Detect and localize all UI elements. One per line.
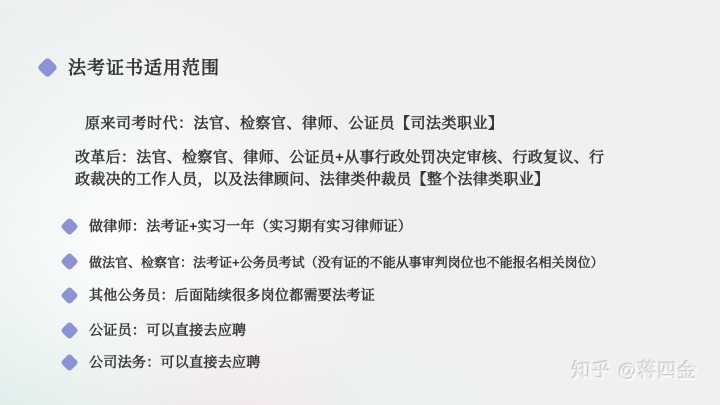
zhihu-watermark: 知乎 @蒋四金 xyxy=(572,356,698,383)
slide-title: 法考证书适用范围 xyxy=(68,54,220,80)
bullet-text: 做法官、检察官：法考证+公务员考试（没有证的不能从事审判岗位也不能报名相关岗位） xyxy=(89,252,604,271)
intro-reform-line1: 改革后：法官、检察官、律师、公证员+从事行政处罚决定审核、行政复议、行 xyxy=(75,149,604,166)
bullet-text: 其他公务员：后面陆续很多岗位都需要法考证 xyxy=(89,285,375,305)
bullet-text: 做律师：法考证+实习一年（实习期有实习律师证） xyxy=(89,216,412,236)
diamond-bullet-icon xyxy=(60,252,78,270)
bullet-text: 公证员：可以直接去应聘 xyxy=(89,320,246,340)
bullet-item-notary: 公证员：可以直接去应聘 xyxy=(63,320,246,340)
bullet-item-judge-prosecutor: 做法官、检察官：法考证+公务员考试（没有证的不能从事审判岗位也不能报名相关岗位） xyxy=(63,251,604,271)
intro-sikao-era-line: 原来司考时代：法官、检察官、律师、公证员【司法类职业】 xyxy=(85,112,504,133)
diamond-bullet-icon xyxy=(60,321,78,339)
slide-title-row: 法考证书适用范围 xyxy=(40,56,220,78)
diamond-bullet-icon xyxy=(60,353,78,371)
bullet-item-corporate-legal: 公司法务：可以直接去应聘 xyxy=(63,352,261,372)
diamond-bullet-icon xyxy=(37,56,58,77)
presentation-slide: 法考证书适用范围 原来司考时代：法官、检察官、律师、公证员【司法类职业】 改革后… xyxy=(0,0,720,405)
diamond-bullet-icon xyxy=(60,217,78,235)
diamond-bullet-icon xyxy=(60,286,78,304)
bullet-text: 公司法务：可以直接去应聘 xyxy=(89,352,261,372)
bullet-item-civil-servant: 其他公务员：后面陆续很多岗位都需要法考证 xyxy=(63,285,375,305)
intro-reform-paragraph: 改革后：法官、检察官、律师、公证员+从事行政处罚决定审核、行政复议、行 政裁决的… xyxy=(75,147,630,191)
intro-reform-line2: 政裁决的工作人员，以及法律顾问、法律类仲裁员【整个法律类职业】 xyxy=(75,171,549,188)
bullet-item-lawyer: 做律师：法考证+实习一年（实习期有实习律师证） xyxy=(63,216,412,236)
